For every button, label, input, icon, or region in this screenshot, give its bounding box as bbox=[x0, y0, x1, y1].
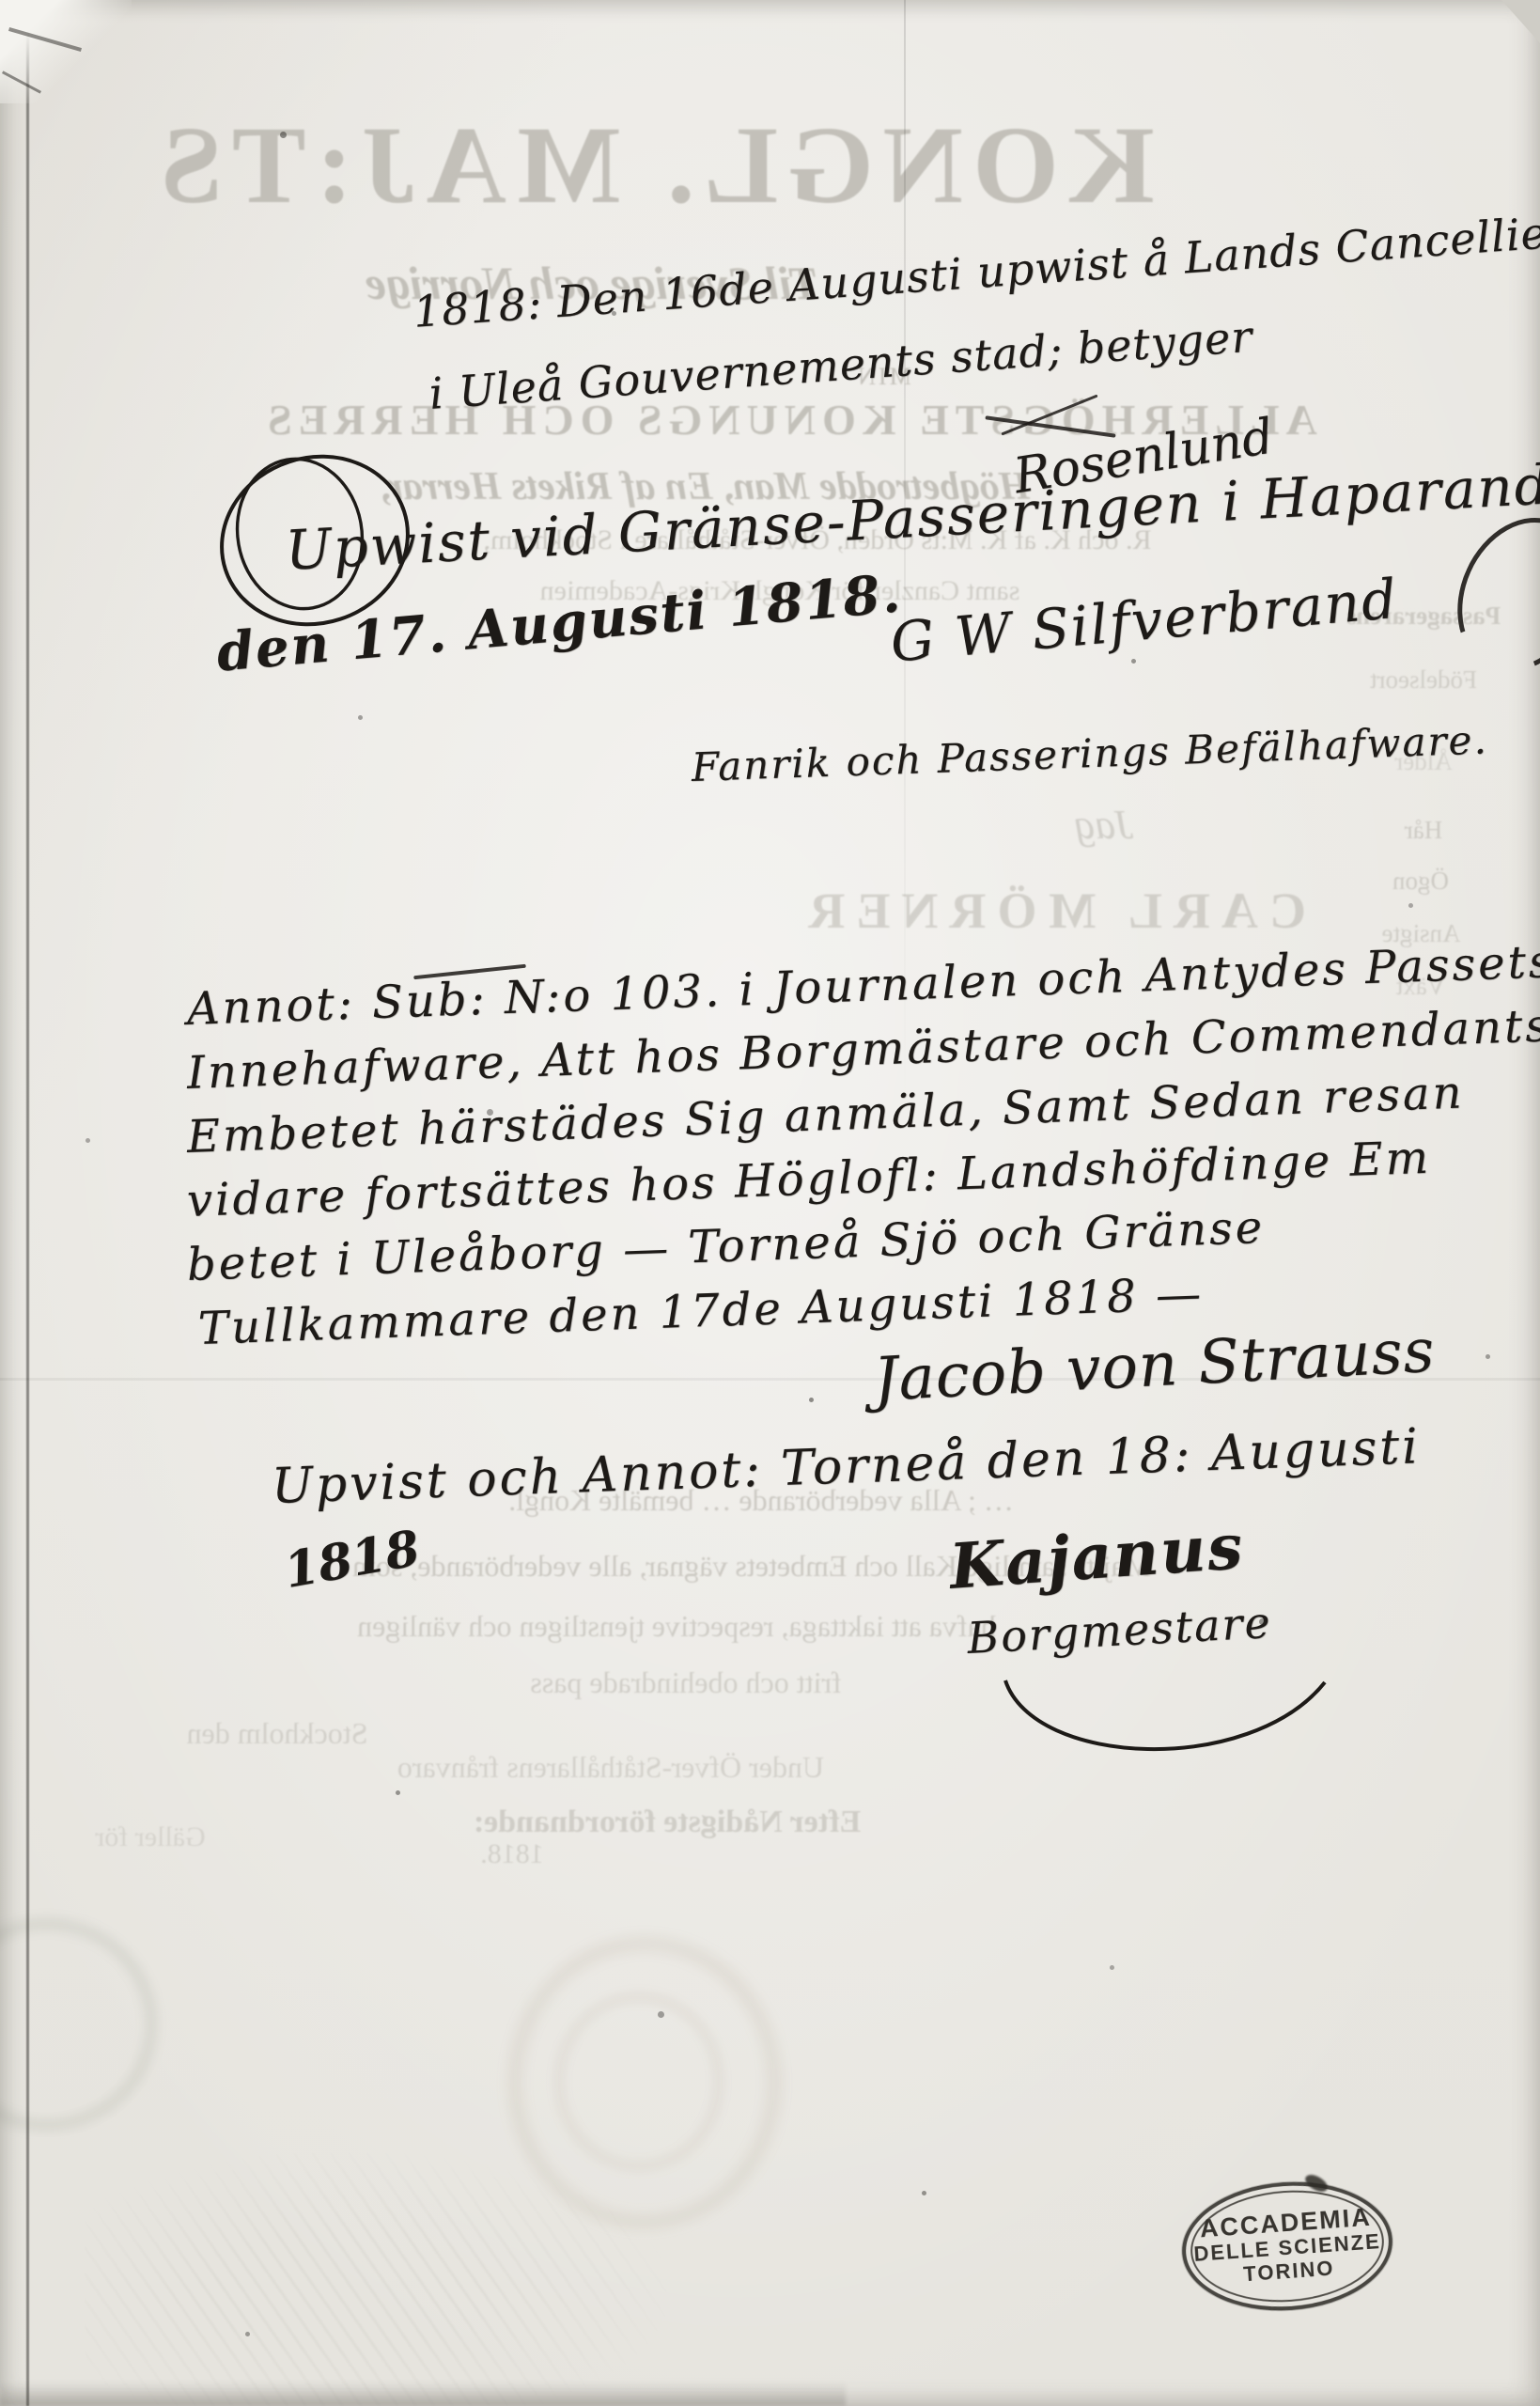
document-scan: KONGL. MAJ:TS Til Sverige och Norrige MI… bbox=[0, 0, 1540, 2406]
bleed-margin-label-fodelseort: Födelseort bbox=[1353, 665, 1494, 695]
bleed-carl-morner: CARL MÖRNER bbox=[799, 882, 1306, 940]
bleed-body-line-franvaro: Under Öfver-Ståthållarens frånvaro bbox=[282, 1750, 940, 1785]
library-stamp-line2: DELLE SCIENZE bbox=[1193, 2231, 1382, 2267]
bleed-jag: Jag bbox=[1043, 801, 1165, 849]
bleed-body-line-stockholm: Stockholm den bbox=[122, 1716, 432, 1751]
strauss-signature: Jacob von Strauss bbox=[872, 1317, 1437, 1415]
bleed-kongl-majts: KONGL. MAJ:TS bbox=[103, 102, 1203, 229]
kajanus-underline-flourish bbox=[949, 1664, 1362, 1786]
library-stamp-line3: TORINO bbox=[1243, 2258, 1336, 2287]
kajanus-signature-title: Borgmestare bbox=[966, 1597, 1273, 1664]
library-stamp-line1: ACCADEMIA bbox=[1199, 2203, 1373, 2243]
kajanus-signature: Kajanus bbox=[947, 1509, 1247, 1603]
bleed-body-line-fritt-pass: fritt och obehindrade pass bbox=[395, 1665, 977, 1700]
dog-ear-top-right bbox=[1501, 0, 1540, 43]
bleed-body-line-forordnande: Efter Nådigste förordnande: bbox=[357, 1804, 977, 1840]
tornea-note-line2: 1818 bbox=[280, 1520, 424, 1600]
water-stain-inner bbox=[554, 1992, 723, 2171]
vertical-fold-line bbox=[904, 0, 906, 1109]
scratch-smudges bbox=[85, 2152, 667, 2406]
scan-edge-left bbox=[26, 28, 29, 2406]
bleed-body-line-1818: 1818. bbox=[442, 1838, 583, 1870]
edge-stain bbox=[0, 1917, 158, 2132]
bleed-body-line-galler-for: Gäller för bbox=[38, 1821, 263, 1853]
library-stamp: ACCADEMIA DELLE SCIENZE TORINO bbox=[1178, 2175, 1397, 2317]
torn-corner-top-left bbox=[0, 0, 132, 103]
bleed-margin-label-ogon: Ögon bbox=[1364, 867, 1477, 896]
horizontal-crease bbox=[0, 1378, 1540, 1381]
bleed-margin-label-har: Hår bbox=[1367, 816, 1480, 845]
silfverbrand-signature-title: Fanrik och Passerings Befälhafware. bbox=[691, 716, 1488, 790]
bottom-edge-shadow bbox=[0, 2382, 846, 2406]
